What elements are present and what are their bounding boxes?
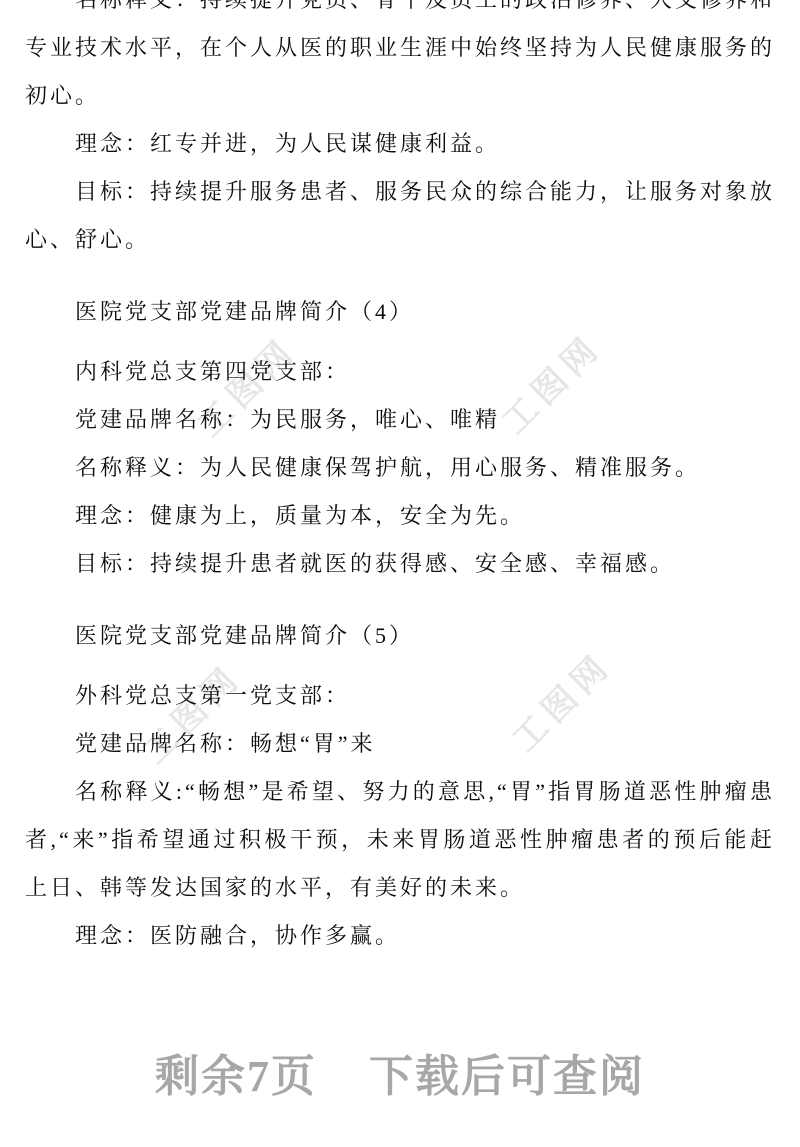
paragraph-name-meaning: 名称释义：为人民健康保驾护航，用心服务、精准服务。 — [25, 444, 775, 492]
section-heading-brand-intro-5: 医院党支部党建品牌简介（5） — [25, 612, 775, 660]
download-hint-text: 下载后可查阅 — [369, 1040, 645, 1104]
paragraph-name-meaning-cutoff: 名称释义：持续提升党员、骨干及员工的政治修养、人文修养和专业技术水平，在个人从医… — [25, 0, 775, 120]
paragraph-goal: 目标：持续提升患者就医的获得感、安全感、幸福感。 — [25, 540, 775, 588]
section-heading-brand-intro-4: 医院党支部党建品牌简介（4） — [25, 288, 775, 336]
paragraph-concept: 理念：医防融合，协作多赢。 — [25, 912, 775, 960]
paragraph-branch-surgery: 外科党总支第一党支部： — [25, 672, 775, 720]
pages-remaining-banner: 剩余7页 下载后可查阅 — [0, 1040, 800, 1104]
paragraph-concept: 理念：红专并进，为人民谋健康利益。 — [25, 120, 775, 168]
paragraph-concept: 理念：健康为上，质量为本，安全为先。 — [25, 492, 775, 540]
paragraph-name-meaning: 名称释义:“畅想”是希望、努力的意思,“胃”指胃肠道恶性肿瘤患者,“来”指希望通… — [25, 768, 775, 912]
paragraph-brand-name: 党建品牌名称：畅想“胃”来 — [25, 720, 775, 768]
document-body: 名称释义：持续提升党员、骨干及员工的政治修养、人文修养和专业技术水平，在个人从医… — [25, 0, 775, 960]
paragraph-branch-internal-medicine: 内科党总支第四党支部： — [25, 348, 775, 396]
remaining-pages-text: 剩余7页 — [155, 1040, 317, 1104]
paragraph-brand-name: 党建品牌名称：为民服务，唯心、唯精 — [25, 396, 775, 444]
document-page: 工图网 工图网 工图网 工图网 名称释义：持续提升党员、骨干及员工的政治修养、人… — [0, 0, 800, 1147]
paragraph-goal: 目标：持续提升服务患者、服务民众的综合能力，让服务对象放心、舒心。 — [25, 168, 775, 264]
